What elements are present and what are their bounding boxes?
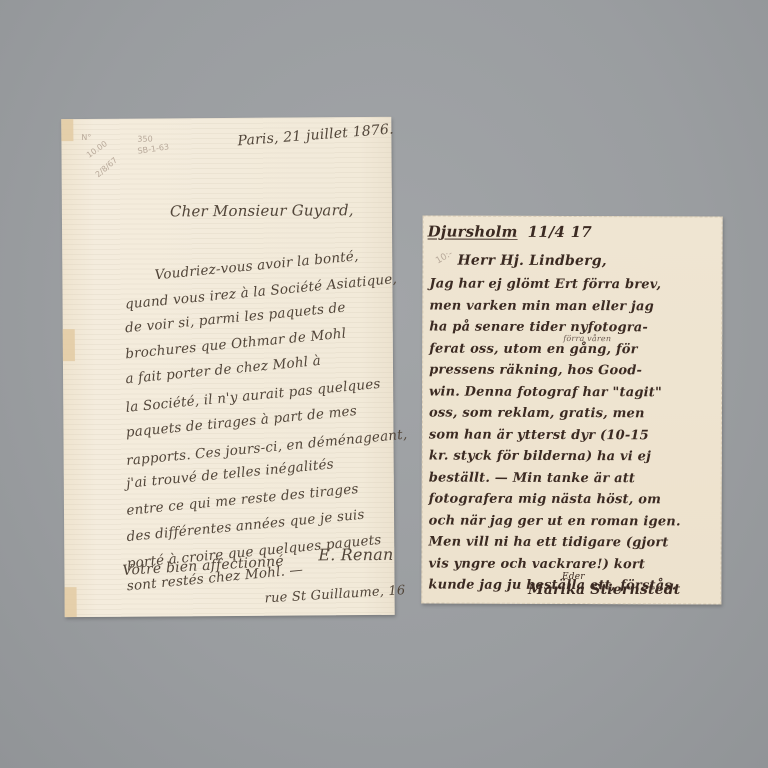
place-name: Djursholm [428, 222, 518, 240]
card-line: Jag har ej glömt Ert förra brev, [429, 277, 661, 293]
card-line: som han är ytterst dyr (10-15 [429, 427, 649, 443]
paper-stain [61, 119, 73, 141]
address: rue St Guillaume, 16 [264, 583, 406, 606]
dateline-place: Djursholm [428, 222, 518, 240]
salutation: Herr Hj. Lindberg, [457, 253, 606, 270]
card-line: pressens räkning, hos Good- [429, 363, 642, 379]
card-line: ferat oss, utom en gång, för [429, 341, 638, 357]
card-line: fotografera mig nästa höst, om [429, 492, 661, 508]
card-signature: Marika Stiernstedt [528, 582, 680, 598]
pencil-note: 10:- [434, 249, 454, 266]
card-line: Men vill ni ha ett tidigare (gjort [429, 535, 669, 551]
card-line: ha på senare tider nyfotogra- [429, 320, 648, 336]
dateline: Paris, 21 juillet 1876. [237, 121, 394, 149]
pencil-note: 10.00 [85, 139, 109, 160]
paper-stain [63, 329, 75, 361]
pencil-note: SB-1-63 [137, 142, 170, 156]
card-line: vis yngre och vackrare!) kort [428, 556, 645, 572]
card-line: men varken min man eller jag [429, 298, 654, 314]
pencil-note: N° [81, 133, 91, 142]
pencil-note: 2/8/67 [94, 156, 119, 180]
letter-renan: N° 10.00 2/8/67 350 SB-1-63 Paris, 21 ju… [61, 117, 394, 617]
card-line: oss, som reklam, gratis, men [429, 406, 645, 422]
card-line: kr. styck för bilderna) ha vi ej [429, 449, 651, 465]
card-line: och när jag ger ut en roman igen. [429, 513, 681, 529]
signature: E. Renan [318, 545, 393, 565]
letter-stiernstedt-card: 10:- Djursholm 11/4 17 Herr Hj. Lindberg… [421, 215, 722, 604]
card-line: beställt. — Min tanke är att [429, 470, 635, 486]
salutation: Cher Monsieur Guyard, [170, 201, 354, 220]
card-closing: Eder [562, 572, 585, 582]
card-line: win. Denna fotograf har "tagit" [429, 384, 662, 400]
pencil-note: 350 [137, 135, 152, 144]
dateline-date: 11/4 17 [528, 223, 592, 241]
paper-stain [65, 587, 77, 617]
